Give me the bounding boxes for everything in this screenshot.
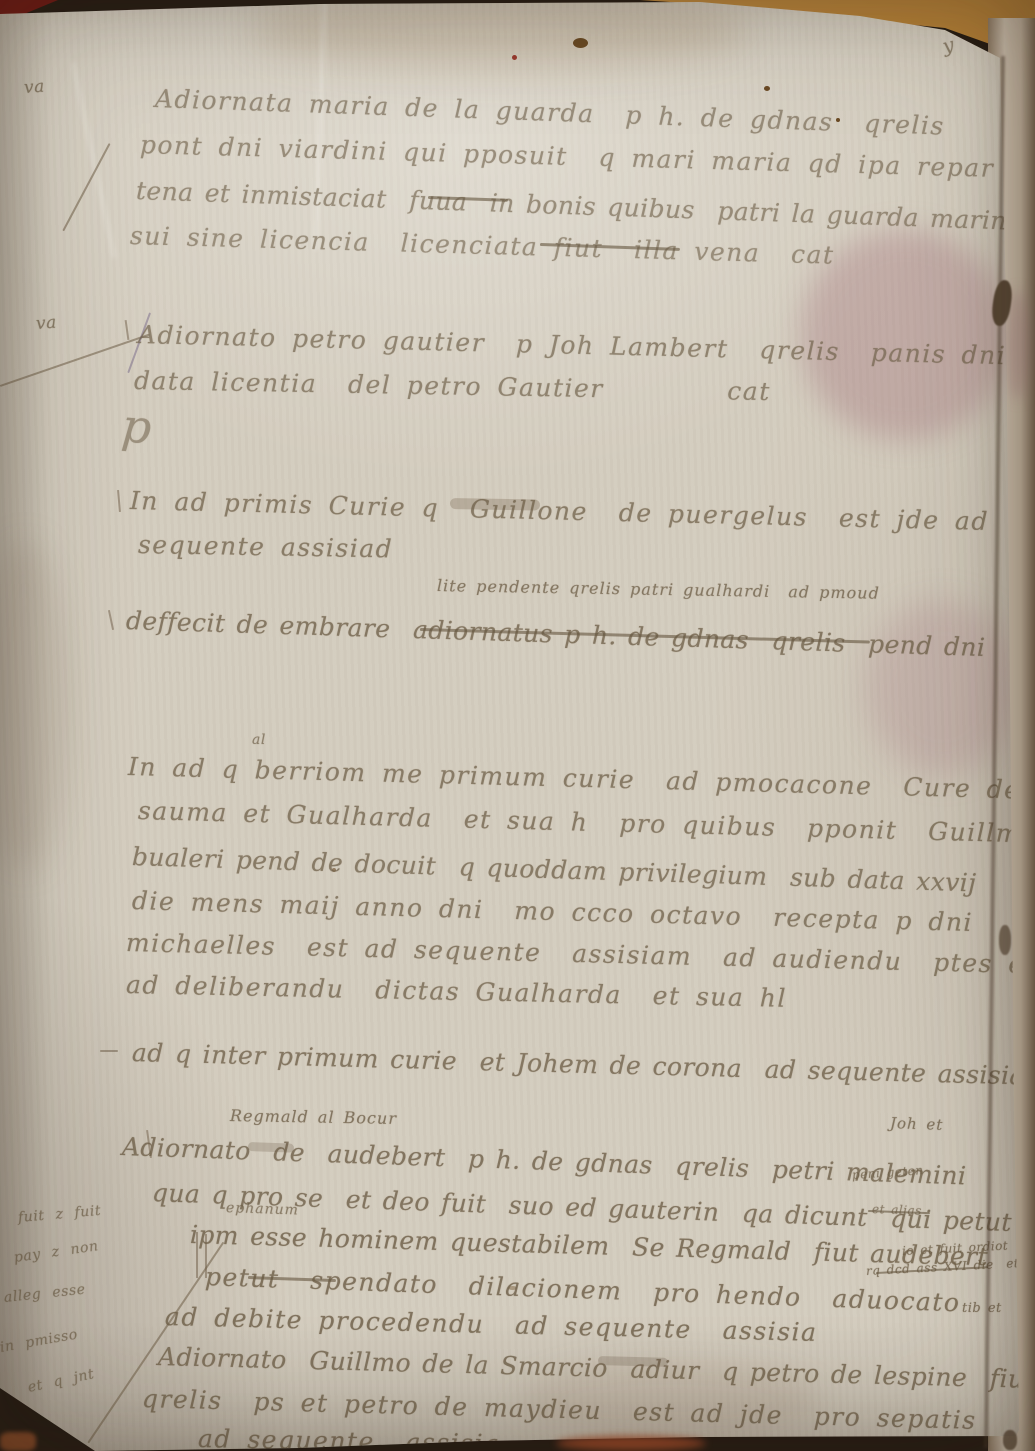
pen-flourish: p xyxy=(120,398,156,454)
ink-spot xyxy=(764,86,770,91)
margin-note-left: in pmisso xyxy=(0,1326,79,1355)
interlinear-note: lite pendente qrelis patri gualhardi ad … xyxy=(437,576,880,603)
entry3-line2: sequente assisiad xyxy=(138,530,394,563)
margin-mark-va: va xyxy=(35,313,57,334)
margin-note-left: alleg esse xyxy=(3,1281,86,1305)
entry5-line2: sauma et Gualharda et sua h pro quibus p… xyxy=(138,796,1035,849)
superscript-note: al xyxy=(252,732,266,748)
binding-knot xyxy=(1003,1430,1017,1450)
ink-spot xyxy=(573,38,588,48)
binding-knot xyxy=(999,925,1011,955)
paper-page: y va Adiornata maria de la guarda p h. d… xyxy=(0,0,1035,1451)
entry5-line1: In ad q berriom me primum curie ad pmoca… xyxy=(128,752,1021,804)
smudge-stain xyxy=(0,540,70,870)
scribbled-out-word xyxy=(598,1356,668,1367)
entry8-line3: ad sequente assisia xyxy=(198,1424,501,1451)
scribbled-out-word xyxy=(450,498,540,511)
margin-mark-va: va xyxy=(23,77,45,98)
margin-note-right: tib et xyxy=(962,1301,1002,1316)
entry1-line4: sui sine licencia licenciata fiut illa v… xyxy=(130,221,835,270)
entry-dash xyxy=(100,1050,118,1052)
entry5-line5: michaelles est ad sequente assisiam ad a… xyxy=(126,928,1035,979)
bottom-burn-glow xyxy=(556,1436,706,1451)
corner-red-bit xyxy=(0,1432,36,1451)
pen-stroke xyxy=(0,334,150,387)
folio-mark: y xyxy=(940,33,957,57)
entry5-line4: die mens maij anno dni mo ccco octavo re… xyxy=(132,886,974,937)
pen-stroke xyxy=(62,143,110,231)
pen-tick xyxy=(117,490,121,512)
entry6-line1: ad q inter primum curie et Johem de coro… xyxy=(132,1038,1035,1091)
manuscript-photo: y va Adiornata maria de la guarda p h. d… xyxy=(0,0,1035,1451)
margin-note-left: fuit z fuit xyxy=(17,1203,102,1226)
interlinear-note: ephanum xyxy=(226,1200,299,1219)
raised-insertion: Joh et xyxy=(890,1114,944,1134)
margin-note-left: pay z non xyxy=(13,1238,100,1266)
entry2-line2: data licentia del petro Gautier cat xyxy=(134,366,771,406)
margin-note-left: et q jnt xyxy=(26,1366,95,1396)
entry1-line1: Adiornata maria de la guarda p h. de gdn… xyxy=(154,84,945,141)
ink-spot xyxy=(512,55,517,60)
paper-crease xyxy=(71,62,116,258)
entry3-line1: In ad primis Curie q Guillone de puergel… xyxy=(130,486,990,536)
entry1-line2: pont dni viardini qui pposuit q mari mar… xyxy=(140,130,995,183)
pen-tick xyxy=(125,320,130,340)
interlinear-note: Regmald al Bocur xyxy=(230,1106,397,1128)
entry5-line6: ad deliberandu dictas Gualharda et sua h… xyxy=(126,970,787,1013)
scribbled-out-word xyxy=(248,1142,294,1153)
pen-tick xyxy=(108,610,114,630)
